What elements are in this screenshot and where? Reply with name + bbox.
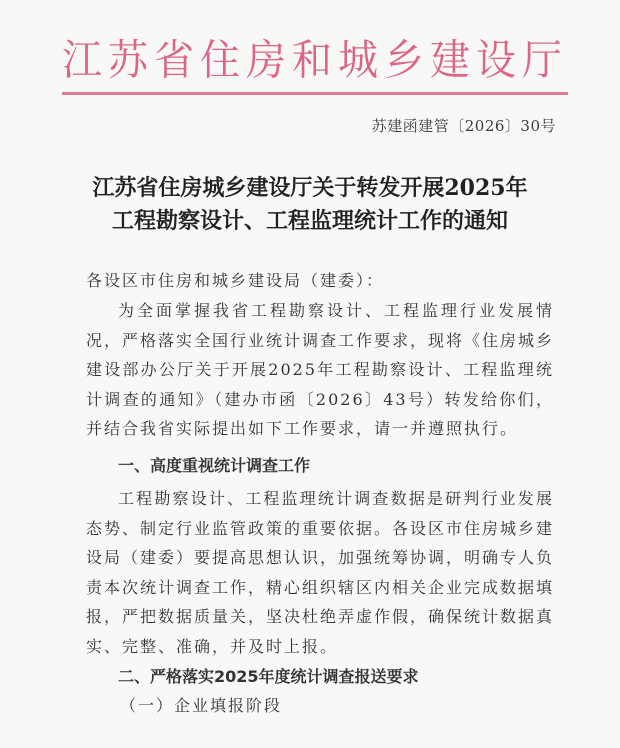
subsection-heading-1: （一）企业填报阶段 — [120, 693, 282, 716]
document-number: 苏建函建管〔2026〕30号 — [372, 115, 556, 136]
letterhead-title: 江苏省住房和城乡建设厅 — [62, 35, 568, 88]
title-line-2: 工程勘察设计、工程监理统计工作的通知 — [70, 205, 550, 238]
section-1-paragraph: 工程勘察设计、工程监理统计调查数据是研判行业发展态势、制定行业监管政策的重要依据… — [86, 484, 554, 661]
section-heading-2: 二、严格落实2025年度统计调查报送要求 — [118, 664, 419, 687]
salutation: 各设区市住房和城乡建设局（建委）： — [86, 266, 554, 296]
document-title: 江苏省住房城乡建设厅关于转发开展2025年 工程勘察设计、工程监理统计工作的通知 — [70, 172, 550, 238]
title-line-1: 江苏省住房城乡建设厅关于转发开展2025年 — [70, 172, 550, 205]
intro-paragraph: 为全面掌握我省工程勘察设计、工程监理行业发展情况，严格落实全国行业统计调查工作要… — [86, 296, 554, 444]
section-heading-1: 一、高度重视统计调查工作 — [118, 453, 310, 476]
letterhead-red-rule — [62, 92, 568, 95]
